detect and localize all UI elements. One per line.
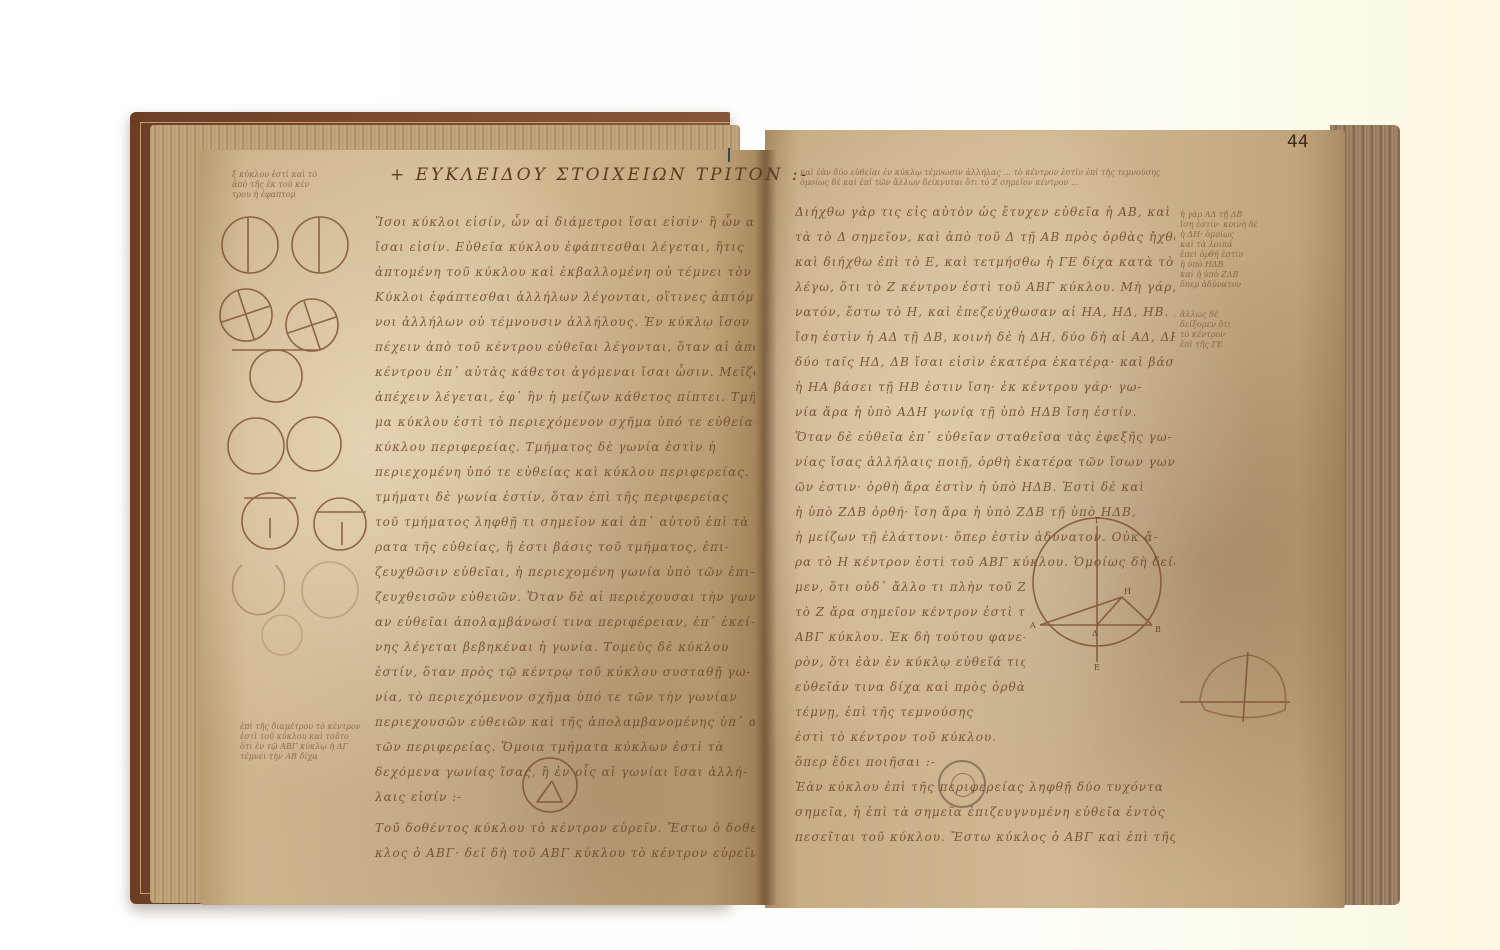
- figure-label: Α: [1029, 621, 1036, 630]
- figure-label: Β: [1155, 625, 1161, 634]
- figure-label: Δ: [1092, 629, 1098, 638]
- manuscript-photo: + ΕΥΚΛΕΙΔΟΥ ΣΤΟΙΧΕΙΩΝ ΤΡΙΤΟΝ :- 44 ξ κύκ…: [0, 0, 1500, 950]
- figure-label: Γ: [1095, 516, 1101, 525]
- figure-label: Ε: [1094, 663, 1100, 672]
- geometric-diagrams: Γ Α Η Δ Β Ε: [0, 0, 1500, 950]
- library-stamp: [938, 760, 986, 808]
- figure-label: Η: [1124, 587, 1131, 596]
